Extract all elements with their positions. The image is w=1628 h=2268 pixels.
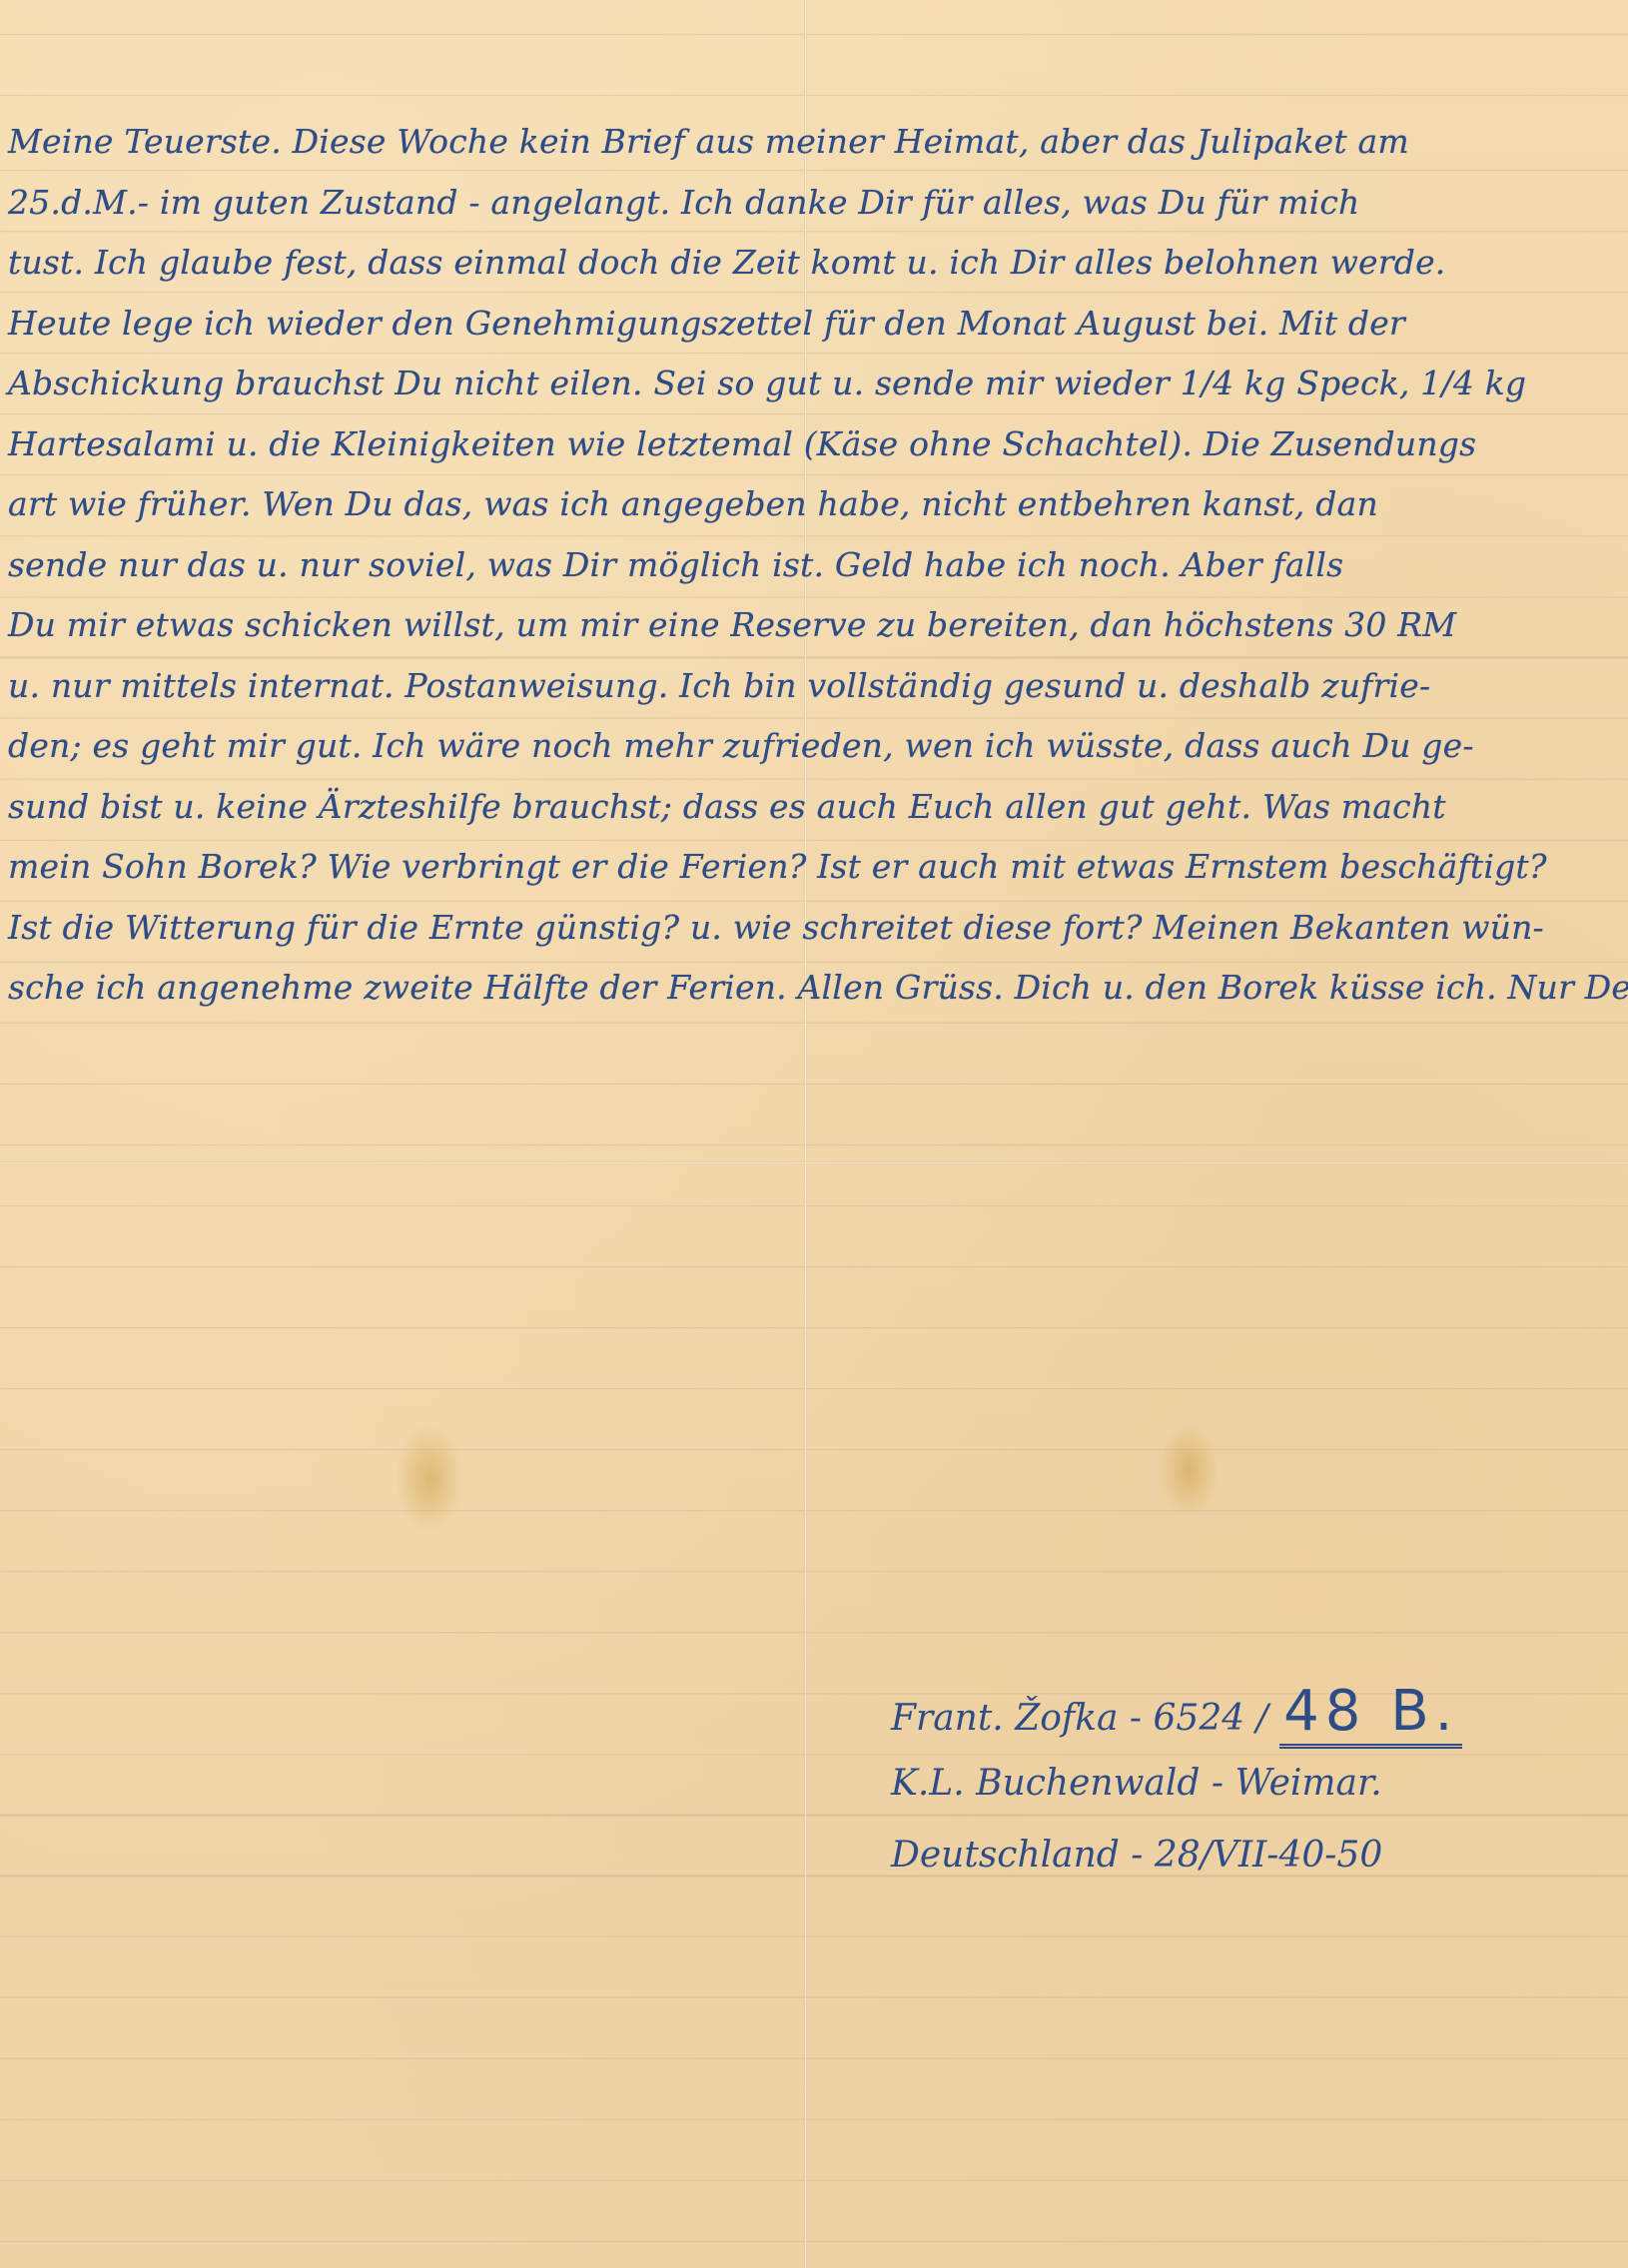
letter-line: sche ich angenehme zweite Hälfte der Fer… [8, 958, 1618, 1019]
letter-line: Meine Teuerste. Diese Woche kein Brief a… [8, 112, 1618, 173]
block-number: 48 B. [1279, 1679, 1462, 1749]
letter-line: sende nur das u. nur soviel, was Dir mög… [8, 535, 1618, 596]
camp-location-line: K.L. Buchenwald - Weimar. [891, 1748, 1570, 1820]
foxing-stain-left [395, 1423, 464, 1533]
letter-line: sund bist u. keine Ärzteshilfe brauchst;… [8, 777, 1618, 838]
letter-line: art wie früher. Wen Du das, was ich ange… [8, 474, 1618, 535]
foxing-stain-right [1159, 1423, 1219, 1518]
letter-line: mein Sohn Borek? Wie verbringt er die Fe… [8, 837, 1618, 898]
letter-line: Ist die Witterung für die Ernte günstig?… [8, 898, 1618, 959]
letter-line: 25.d.M.- im guten Zustand - angelangt. I… [8, 173, 1618, 234]
letter-line: den; es geht mir gut. Ich wäre noch mehr… [8, 716, 1618, 777]
letter-body: Meine Teuerste. Diese Woche kein Brief a… [8, 112, 1618, 1019]
country-date-line: Deutschland - 28/VII-40-50 [891, 1820, 1570, 1891]
letter-line: Hartesalami u. die Kleinigkeiten wie let… [8, 414, 1618, 475]
sender-name-line: Frant. Žofka - 6524 / 48 B. [891, 1676, 1570, 1748]
letter-line: Heute lege ich wieder den Genehmigungsze… [8, 294, 1618, 355]
sender-address-block: Frant. Žofka - 6524 / 48 B. K.L. Buchenw… [891, 1676, 1570, 1891]
letter-line: u. nur mittels internat. Postanweisung. … [8, 656, 1618, 717]
letter-line: Abschickung brauchst Du nicht eilen. Sei… [8, 354, 1618, 414]
horizontal-fold-crease [0, 1161, 1628, 1164]
letter-line: Du mir etwas schicken willst, um mir ein… [8, 595, 1618, 656]
letter-line: tust. Ich glaube fest, dass einmal doch … [8, 233, 1618, 294]
sender-name-number: Frant. Žofka - 6524 / [891, 1698, 1268, 1739]
